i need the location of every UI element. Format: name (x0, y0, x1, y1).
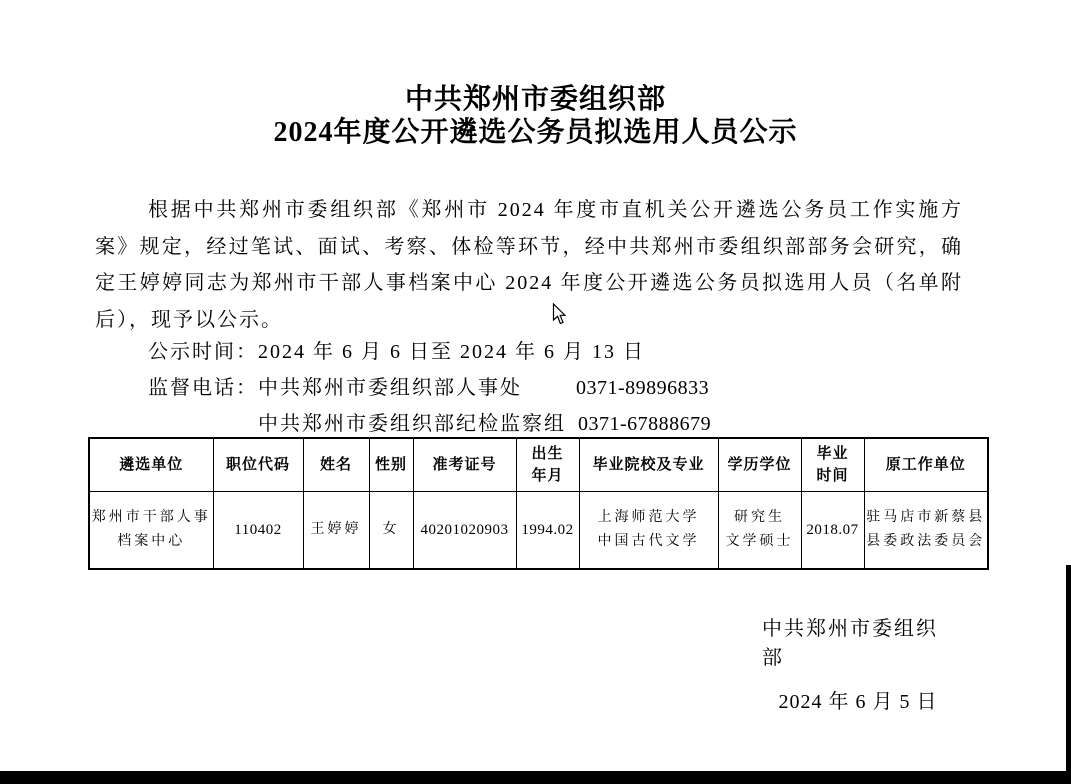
header-graduation-date: 毕业 时间 (801, 438, 864, 491)
hotline-line-2: 中共郑州市委组织部纪检监察组0371-67888679 (258, 407, 711, 436)
cell-exam-ticket-no: 40201020903 (413, 491, 516, 569)
header-gender: 性别 (369, 438, 413, 491)
signature-block: 中共郑州市委组织部 2024 年 6 月 5 日 (762, 612, 954, 714)
header-selection-unit: 遴选单位 (89, 438, 213, 491)
candidate-table: 遴选单位 职位代码 姓名 性别 准考证号 出生 年月 毕业院校及专业 学历学位 … (88, 437, 989, 570)
table-header-row: 遴选单位 职位代码 姓名 性别 准考证号 出生 年月 毕业院校及专业 学历学位 … (89, 438, 988, 491)
header-birth-date: 出生 年月 (516, 438, 579, 491)
header-former-employer: 原工作单位 (864, 438, 988, 491)
hotline-2-number: 0371-67888679 (578, 413, 711, 435)
body-paragraph: 根据中共郑州市委组织部《郑州市 2024 年度市直机关公开遴选公务员工作实施方案… (95, 192, 963, 338)
title-line-2: 2024年度公开遴选公务员拟选用人员公示 (0, 116, 1071, 149)
hotline-1-number: 0371-89896833 (576, 377, 709, 399)
header-school-major: 毕业院校及专业 (579, 438, 718, 491)
document-page: 中共郑州市委组织部 2024年度公开遴选公务员拟选用人员公示 根据中共郑州市委组… (0, 0, 1071, 784)
screen-right-edge (1066, 565, 1071, 784)
hotline-1-org: 监督电话：中共郑州市委组织部人事处 (148, 377, 522, 399)
cell-birth-date: 1994.02 (516, 491, 579, 569)
cell-position-code: 110402 (213, 491, 303, 569)
cell-school-major: 上海师范大学 中国古代文学 (579, 491, 718, 569)
header-exam-ticket-no: 准考证号 (413, 438, 516, 491)
signature-org: 中共郑州市委组织部 (762, 612, 954, 670)
header-name: 姓名 (303, 438, 369, 491)
cell-selection-unit: 郑州市干部人事 档案中心 (89, 491, 213, 569)
header-degree: 学历学位 (718, 438, 801, 491)
title-line-1: 中共郑州市委组织部 (0, 83, 1071, 116)
header-position-code: 职位代码 (213, 438, 303, 491)
cell-degree: 研究生 文学硕士 (718, 491, 801, 569)
mouse-pointer-icon (552, 303, 566, 325)
signature-date: 2024 年 6 月 5 日 (762, 685, 954, 714)
table-row: 郑州市干部人事 档案中心 110402 王婷婷 女 40201020903 19… (89, 491, 988, 569)
cell-name: 王婷婷 (303, 491, 369, 569)
hotline-2-org: 中共郑州市委组织部纪检监察组 (258, 413, 566, 435)
publicity-time-line: 公示时间：2024 年 6 月 6 日至 2024 年 6 月 13 日 (148, 335, 645, 364)
document-title: 中共郑州市委组织部 2024年度公开遴选公务员拟选用人员公示 (0, 83, 1071, 149)
cell-graduation-date: 2018.07 (801, 491, 864, 569)
hotline-line-1: 监督电话：中共郑州市委组织部人事处0371-89896833 (148, 371, 709, 400)
cell-former-employer: 驻马店市新蔡县 县委政法委员会 (864, 491, 988, 569)
screen-bottom-edge (0, 771, 1071, 784)
cell-gender: 女 (369, 491, 413, 569)
